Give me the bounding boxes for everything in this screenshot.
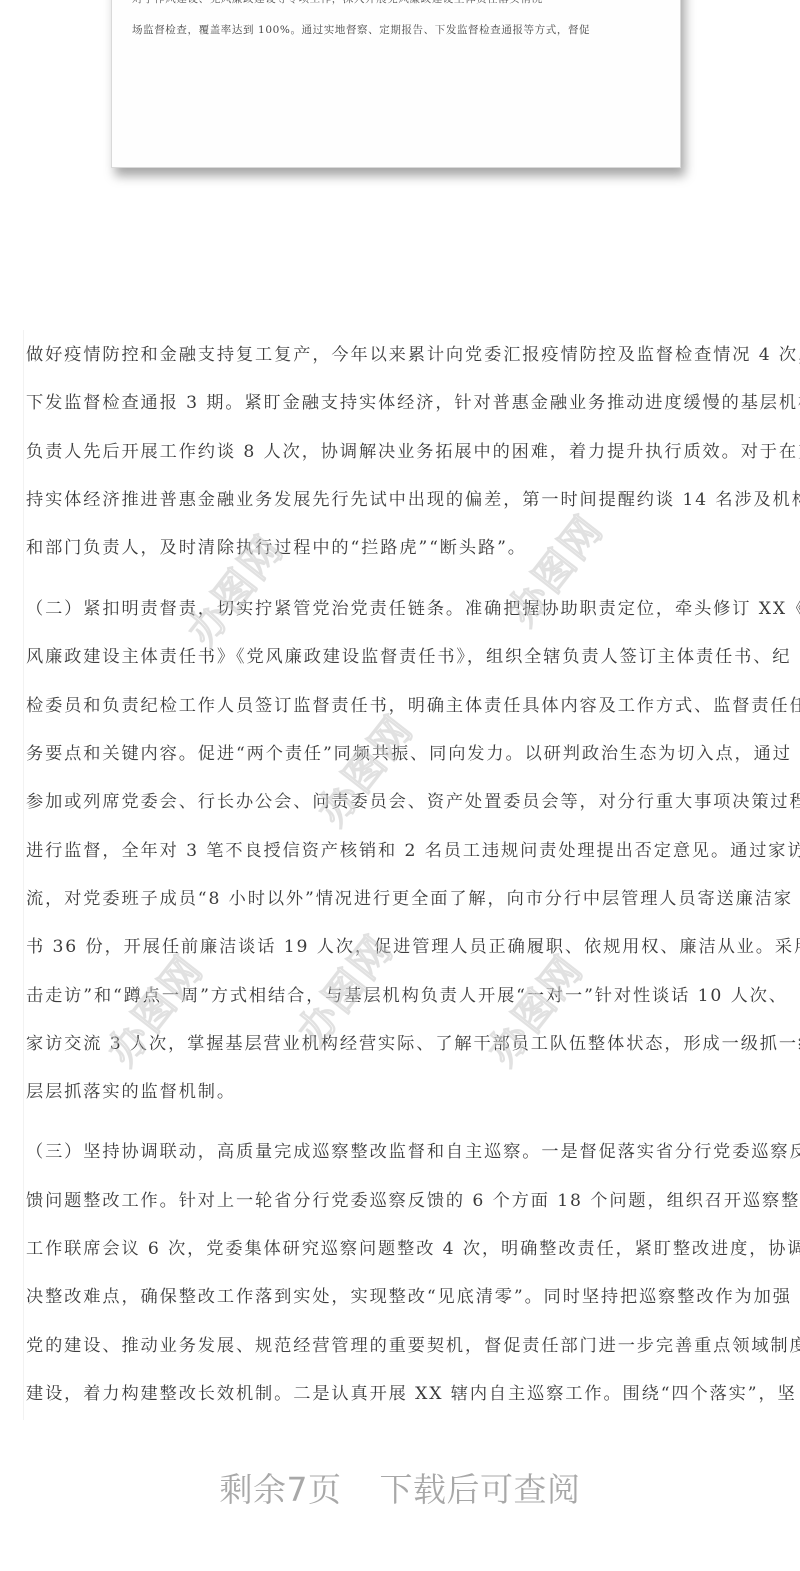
doc-line: 检委员和负责纪检工作人员签订监督责任书，明确主体责任具体内容及工作方式、监督责任… — [26, 686, 774, 726]
doc-line: 家访交流 3 人次，掌握基层营业机构经营实际、了解干部员工队伍整体状态，形成一级… — [26, 1024, 774, 1064]
doc-line: 党的建设、推动业务发展、规范经营管理的重要契机，督促责任部门进一步完善重点领域制… — [26, 1326, 774, 1366]
doc-line: 持实体经济推进普惠金融业务发展先行先试中出现的偏差，第一时间提醒约谈 14 名涉… — [26, 480, 774, 520]
page-margin-rule — [23, 330, 24, 1420]
doc-line: 负责人先后开展工作约谈 8 人次，协调解决业务拓展中的困难，着力提升执行质效。对… — [26, 432, 774, 472]
preview-page-card: 对于作风建设、党风廉政建设等专项工作，深入开展党风廉政建设主体责任落实情况 场监… — [111, 0, 681, 168]
doc-line: 务要点和关键内容。促进“两个责任”同频共振、同向发力。以研判政治生态为切入点，通… — [26, 734, 774, 774]
doc-line: 下发监督检查通报 3 期。紧盯金融支持实体经济，针对普惠金融业务推动进度缓慢的基… — [26, 383, 774, 423]
remaining-pages-label: 剩余7页 — [220, 1470, 342, 1509]
doc-line: 层层抓落实的监督机制。 — [26, 1072, 774, 1112]
doc-line: 参加或列席党委会、行长办公会、问责委员会、资产处置委员会等，对分行重大事项决策过… — [26, 782, 774, 822]
doc-line: 进行监督，全年对 3 笔不良授信资产核销和 2 名员工违规问责处理提出否定意见。… — [26, 831, 774, 871]
doc-line: 和部门负责人，及时清除执行过程中的“拦路虎”“断头路”。 — [26, 528, 774, 568]
download-to-read-prompt[interactable]: 剩余7页下载后可查阅 — [0, 1464, 800, 1511]
section-heading-line: （三）坚持协调联动，高质量完成巡察整改监督和自主巡察。一是督促落实省分行党委巡察… — [26, 1132, 774, 1172]
download-label: 下载后可查阅 — [380, 1470, 581, 1509]
doc-line: 建设，着力构建整改长效机制。二是认真开展 XX 辖内自主巡察工作。围绕“四个落实… — [26, 1374, 774, 1414]
doc-line: 击走访”和“蹲点一周”方式相结合，与基层机构负责人开展“一对一”针对性谈话 10… — [26, 976, 774, 1016]
doc-line: 决整改难点，确保整改工作落到实处，实现整改“见底清零”。同时坚持把巡察整改作为加… — [26, 1277, 774, 1317]
doc-line: 书 36 份，开展任前廉洁谈话 19 人次，促进管理人员正确履职、依规用权、廉洁… — [26, 927, 774, 967]
doc-line: 馈问题整改工作。针对上一轮省分行党委巡察反馈的 6 个方面 18 个问题，组织召… — [26, 1181, 774, 1221]
preview-text-line: 场监督检查，覆盖率达到 100%。通过实地督察、定期报告、下发监督检查通报等方式… — [132, 22, 660, 37]
preview-cut-line: 对于作风建设、党风廉政建设等专项工作，深入开展党风廉政建设主体责任落实情况 — [132, 0, 660, 6]
doc-line: 风廉政建设主体责任书》《党风廉政建设监督责任书》，组织全辖负责人签订主体责任书、… — [26, 637, 774, 677]
doc-line: 流，对党委班子成员“8 小时以外”情况进行更全面了解，向市分行中层管理人员寄送廉… — [26, 879, 774, 919]
section-heading-line: （二）紧扣明责督责，切实拧紧管党治党责任链条。准确把握协助职责定位，牵头修订 X… — [26, 589, 774, 629]
doc-line: 做好疫情防控和金融支持复工复产，今年以来累计向党委汇报疫情防控及监督检查情况 4… — [26, 335, 774, 375]
doc-line: 工作联席会议 6 次，党委集体研究巡察问题整改 4 次，明确整改责任，紧盯整改进… — [26, 1229, 774, 1269]
